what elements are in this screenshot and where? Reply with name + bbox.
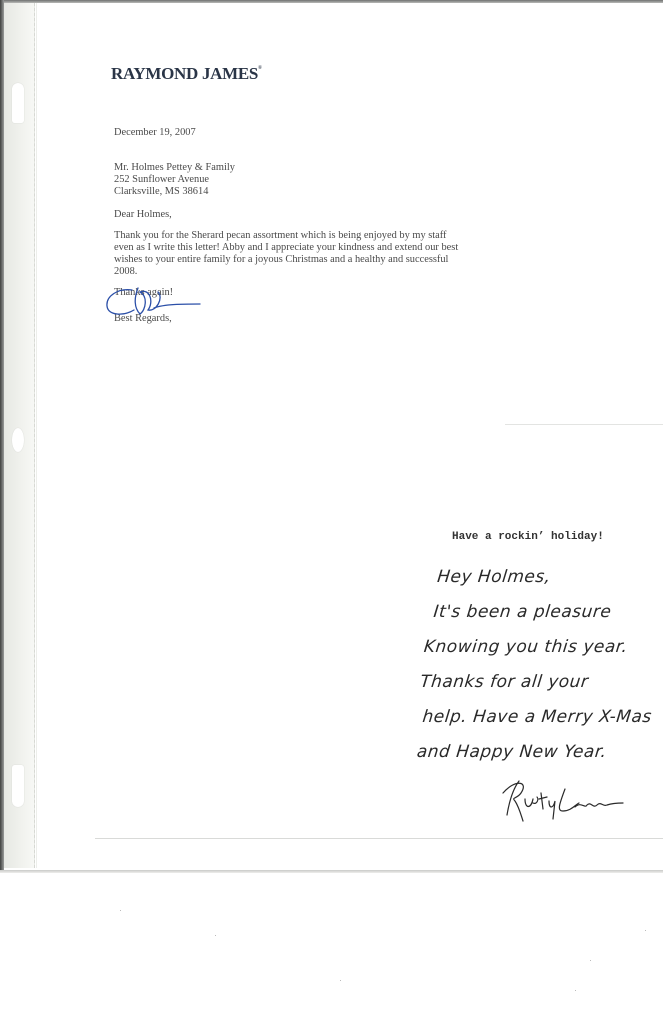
sleeve-bottom-edge <box>0 870 663 873</box>
binder-strip <box>4 3 35 868</box>
recipient-address: Mr. Holmes Pettey & Family 252 Sunflower… <box>114 162 235 198</box>
recipient-city: Clarksville, MS 38614 <box>114 186 235 198</box>
note-line: and Happy New Year. <box>415 735 656 770</box>
salutation: Dear Holmes, <box>114 209 172 221</box>
note-line: Hey Holmes, <box>435 560 663 595</box>
sleeve-edge <box>36 3 37 868</box>
signature-ink-black: Rusty Lanier <box>495 775 625 825</box>
signature-ink-blue <box>104 284 204 324</box>
recipient-street: 252 Sunflower Avenue <box>114 174 235 186</box>
scanner-top-edge <box>0 0 663 3</box>
card-bottom-edge <box>95 838 663 839</box>
brand-name: RAYMOND JAMES <box>111 64 258 83</box>
punch-hole <box>12 83 24 123</box>
letter-date: December 19, 2007 <box>114 127 196 139</box>
punch-hole <box>12 428 24 452</box>
note-line: Thanks for all your <box>418 665 663 700</box>
recipient-name: Mr. Holmes Pettey & Family <box>114 162 235 174</box>
letter-body: Thank you for the Sherard pecan assortme… <box>114 230 459 278</box>
company-logo: RAYMOND JAMES® <box>111 64 262 84</box>
card-printed-greeting: Have a rockin’ holiday! <box>452 531 604 543</box>
punch-hole <box>12 765 24 807</box>
registered-mark: ® <box>258 66 261 71</box>
note-line: It's been a pleasure <box>432 595 663 630</box>
handwritten-note: Hey Holmes, It's been a pleasure Knowing… <box>417 560 663 770</box>
note-line: Knowing you this year. <box>422 630 663 665</box>
sheet-divider <box>505 424 663 425</box>
note-line: help. Have a Merry X-Mas <box>421 700 660 735</box>
